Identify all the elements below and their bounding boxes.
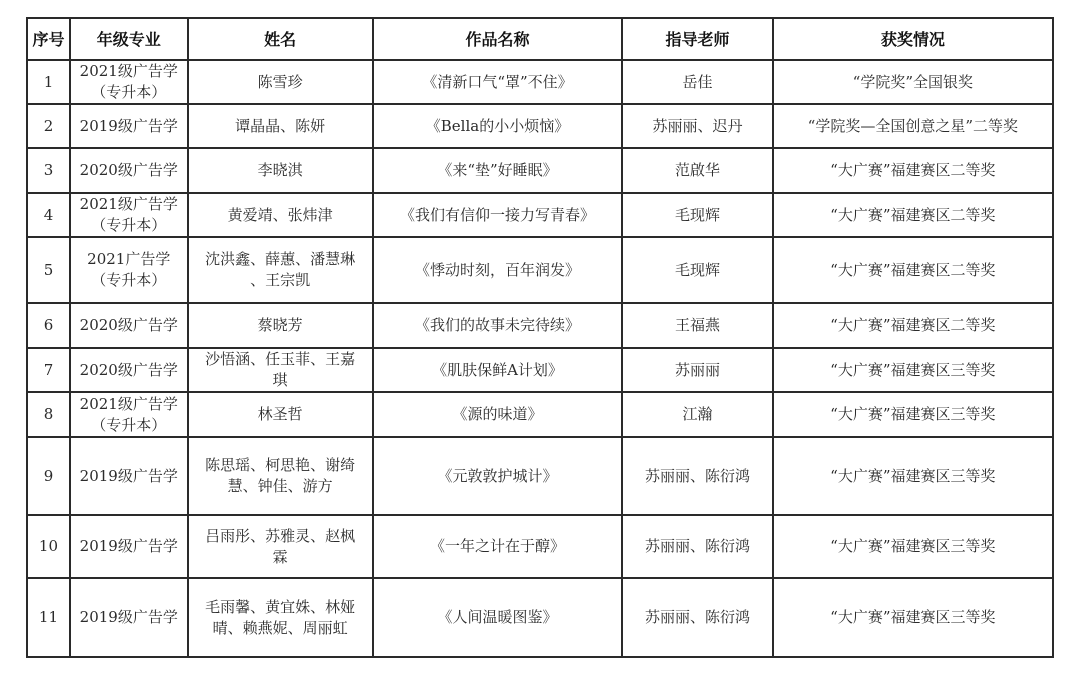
cell-major-line: （专升本） <box>73 82 185 103</box>
header-names: 姓名 <box>188 18 373 60</box>
cell-names: 陈雪珍 <box>188 60 373 104</box>
cell-names-line: 吕雨彤、苏雅灵、赵枫 <box>191 526 370 547</box>
cell-award: “大广赛”福建赛区三等奖 <box>773 392 1053 437</box>
cell-names-line: 蔡晓芳 <box>191 315 370 336</box>
cell-major: 2021级广告学（专升本） <box>70 392 188 437</box>
cell-names-line: 谭晶晶、陈妍 <box>191 116 370 137</box>
cell-major-line: 2021广告学 <box>73 249 185 270</box>
cell-advisor: 苏丽丽 <box>622 348 772 392</box>
cell-award: “大广赛”福建赛区二等奖 <box>773 148 1053 193</box>
cell-award: “大广赛”福建赛区三等奖 <box>773 515 1053 578</box>
table-row: 72020级广告学沙悟涵、任玉菲、王嘉琪《肌肤保鲜A计划》苏丽丽“大广赛”福建赛… <box>27 348 1053 392</box>
cell-major: 2021级广告学（专升本） <box>70 60 188 104</box>
cell-names-line: 陈雪珍 <box>191 72 370 93</box>
cell-major: 2019级广告学 <box>70 104 188 148</box>
cell-major-line: 2020级广告学 <box>73 315 185 336</box>
cell-work: 《元敦敦护城计》 <box>373 437 623 515</box>
cell-names: 李晓淇 <box>188 148 373 193</box>
cell-major-line: 2021级广告学 <box>73 394 185 415</box>
table-row: 42021级广告学（专升本）黄爱靖、张炜津《我们有信仰一接力写青春》毛现辉“大广… <box>27 193 1053 237</box>
cell-work: 《我们的故事未完待续》 <box>373 303 623 348</box>
cell-work: 《来“垫”好睡眠》 <box>373 148 623 193</box>
cell-index: 6 <box>27 303 70 348</box>
table-body: 12021级广告学（专升本）陈雪珍《清新口气“罩”不住》岳佳“学院奖”全国银奖2… <box>27 60 1053 657</box>
cell-work: 《悸动时刻，百年润发》 <box>373 237 623 303</box>
cell-major-line: 2021级广告学 <box>73 194 185 215</box>
cell-major: 2020级广告学 <box>70 303 188 348</box>
header-advisor: 指导老师 <box>622 18 772 60</box>
cell-names-line: 、王宗凯 <box>191 270 370 291</box>
cell-major: 2020级广告学 <box>70 348 188 392</box>
cell-major: 2019级广告学 <box>70 515 188 578</box>
cell-advisor: 范啟华 <box>622 148 772 193</box>
cell-index: 8 <box>27 392 70 437</box>
cell-work: 《我们有信仰一接力写青春》 <box>373 193 623 237</box>
cell-major-line: 2019级广告学 <box>73 536 185 557</box>
cell-major-line: 2020级广告学 <box>73 360 185 381</box>
cell-names: 沈洪鑫、薛蕙、潘慧琳、王宗凯 <box>188 237 373 303</box>
cell-award: “大广赛”福建赛区三等奖 <box>773 437 1053 515</box>
cell-major-line: （专升本） <box>73 415 185 436</box>
cell-work: 《源的味道》 <box>373 392 623 437</box>
cell-advisor: 苏丽丽、迟丹 <box>622 104 772 148</box>
cell-award: “大广赛”福建赛区二等奖 <box>773 237 1053 303</box>
cell-major: 2020级广告学 <box>70 148 188 193</box>
cell-advisor: 苏丽丽、陈衍鸿 <box>622 515 772 578</box>
cell-award: “大广赛”福建赛区三等奖 <box>773 578 1053 657</box>
table-header-row: 序号 年级专业 姓名 作品名称 指导老师 获奖情况 <box>27 18 1053 60</box>
cell-work: 《Bella的小小烦恼》 <box>373 104 623 148</box>
cell-names: 林圣哲 <box>188 392 373 437</box>
table-row: 112019级广告学毛雨馨、黄宜姝、林娅晴、赖燕妮、周丽虹《人间温暖图鉴》苏丽丽… <box>27 578 1053 657</box>
cell-award: “学院奖—全国创意之星”二等奖 <box>773 104 1053 148</box>
cell-award: “学院奖”全国银奖 <box>773 60 1053 104</box>
cell-names: 蔡晓芳 <box>188 303 373 348</box>
cell-major-line: 2021级广告学 <box>73 61 185 82</box>
cell-names-line: 霖 <box>191 547 370 568</box>
cell-index: 7 <box>27 348 70 392</box>
cell-advisor: 毛现辉 <box>622 193 772 237</box>
table-row: 82021级广告学（专升本）林圣哲《源的味道》江瀚“大广赛”福建赛区三等奖 <box>27 392 1053 437</box>
cell-index: 10 <box>27 515 70 578</box>
table-row: 62020级广告学蔡晓芳《我们的故事未完待续》王福燕“大广赛”福建赛区二等奖 <box>27 303 1053 348</box>
cell-major-line: 2019级广告学 <box>73 607 185 628</box>
cell-names: 谭晶晶、陈妍 <box>188 104 373 148</box>
cell-names-line: 毛雨馨、黄宜姝、林娅 <box>191 597 370 618</box>
cell-major: 2021广告学（专升本） <box>70 237 188 303</box>
cell-major-line: 2020级广告学 <box>73 160 185 181</box>
cell-index: 2 <box>27 104 70 148</box>
cell-advisor: 岳佳 <box>622 60 772 104</box>
cell-names: 吕雨彤、苏雅灵、赵枫霖 <box>188 515 373 578</box>
cell-major-line: 2019级广告学 <box>73 116 185 137</box>
cell-index: 9 <box>27 437 70 515</box>
cell-names: 沙悟涵、任玉菲、王嘉琪 <box>188 348 373 392</box>
cell-major: 2021级广告学（专升本） <box>70 193 188 237</box>
header-index: 序号 <box>27 18 70 60</box>
cell-advisor: 江瀚 <box>622 392 772 437</box>
cell-index: 5 <box>27 237 70 303</box>
cell-names-line: 林圣哲 <box>191 404 370 425</box>
table-row: 22019级广告学谭晶晶、陈妍《Bella的小小烦恼》苏丽丽、迟丹“学院奖—全国… <box>27 104 1053 148</box>
awards-table: 序号 年级专业 姓名 作品名称 指导老师 获奖情况 12021级广告学（专升本）… <box>26 17 1054 658</box>
header-work: 作品名称 <box>373 18 623 60</box>
header-award: 获奖情况 <box>773 18 1053 60</box>
cell-work: 《肌肤保鲜A计划》 <box>373 348 623 392</box>
cell-major: 2019级广告学 <box>70 578 188 657</box>
cell-names-line: 李晓淇 <box>191 160 370 181</box>
cell-names: 毛雨馨、黄宜姝、林娅晴、赖燕妮、周丽虹 <box>188 578 373 657</box>
table-row: 102019级广告学吕雨彤、苏雅灵、赵枫霖《一年之计在于醇》苏丽丽、陈衍鸿“大广… <box>27 515 1053 578</box>
cell-major-line: （专升本） <box>73 215 185 236</box>
cell-work: 《人间温暖图鉴》 <box>373 578 623 657</box>
cell-names: 陈思瑶、柯思艳、谢绮慧、钟佳、游方 <box>188 437 373 515</box>
cell-names-line: 琪 <box>191 370 370 391</box>
cell-index: 1 <box>27 60 70 104</box>
table-row: 52021广告学（专升本）沈洪鑫、薛蕙、潘慧琳、王宗凯《悸动时刻，百年润发》毛现… <box>27 237 1053 303</box>
cell-names-line: 沈洪鑫、薛蕙、潘慧琳 <box>191 249 370 270</box>
cell-names-line: 沙悟涵、任玉菲、王嘉 <box>191 349 370 370</box>
cell-advisor: 苏丽丽、陈衍鸿 <box>622 437 772 515</box>
cell-names-line: 黄爱靖、张炜津 <box>191 205 370 226</box>
cell-work: 《清新口气“罩”不住》 <box>373 60 623 104</box>
cell-names-line: 陈思瑶、柯思艳、谢绮 <box>191 455 370 476</box>
cell-index: 4 <box>27 193 70 237</box>
cell-advisor: 王福燕 <box>622 303 772 348</box>
cell-major-line: （专升本） <box>73 270 185 291</box>
cell-names: 黄爱靖、张炜津 <box>188 193 373 237</box>
cell-work: 《一年之计在于醇》 <box>373 515 623 578</box>
cell-index: 11 <box>27 578 70 657</box>
table-row: 12021级广告学（专升本）陈雪珍《清新口气“罩”不住》岳佳“学院奖”全国银奖 <box>27 60 1053 104</box>
cell-advisor: 毛现辉 <box>622 237 772 303</box>
cell-names-line: 晴、赖燕妮、周丽虹 <box>191 618 370 639</box>
cell-major-line: 2019级广告学 <box>73 466 185 487</box>
table-row: 32020级广告学李晓淇《来“垫”好睡眠》范啟华“大广赛”福建赛区二等奖 <box>27 148 1053 193</box>
cell-index: 3 <box>27 148 70 193</box>
cell-award: “大广赛”福建赛区二等奖 <box>773 193 1053 237</box>
cell-award: “大广赛”福建赛区三等奖 <box>773 348 1053 392</box>
header-major: 年级专业 <box>70 18 188 60</box>
cell-advisor: 苏丽丽、陈衍鸿 <box>622 578 772 657</box>
cell-names-line: 慧、钟佳、游方 <box>191 476 370 497</box>
cell-award: “大广赛”福建赛区二等奖 <box>773 303 1053 348</box>
table-row: 92019级广告学陈思瑶、柯思艳、谢绮慧、钟佳、游方《元敦敦护城计》苏丽丽、陈衍… <box>27 437 1053 515</box>
cell-major: 2019级广告学 <box>70 437 188 515</box>
